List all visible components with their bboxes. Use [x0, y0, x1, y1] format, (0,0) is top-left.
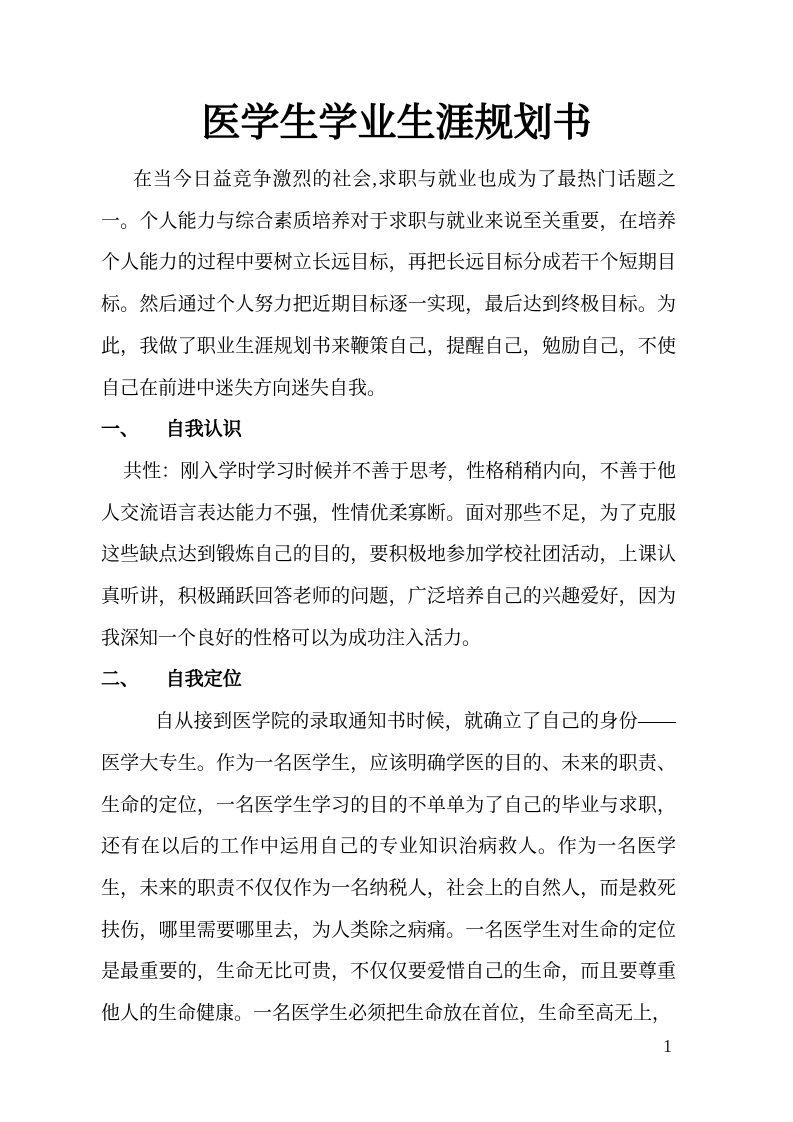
paragraph-intro: 在当今日益竞争激烈的社会,求职与就业也成为了最热门话题之一。个人能力与综合素质培…: [101, 159, 676, 409]
heading-label: 自我定位: [166, 669, 242, 690]
paragraph-self-awareness: 共性：刚入学时学习时候并不善于思考，性格稍稍内向，不善于他人交流语言表达能力不强…: [101, 451, 676, 660]
section-heading-self-awareness: 一、 自我认识: [101, 409, 676, 451]
section-heading-self-positioning: 二、 自我定位: [101, 659, 676, 701]
heading-label: 自我认识: [166, 419, 242, 440]
paragraph-self-positioning: 自从接到医学院的录取通知书时候，就确立了自己的身份——医学大专生。作为一名医学生…: [101, 701, 676, 1035]
heading-number: 二、: [101, 669, 139, 690]
document-body: 在当今日益竞争激烈的社会,求职与就业也成为了最热门话题之一。个人能力与综合素质培…: [101, 159, 676, 1035]
page-number: 1: [663, 1037, 672, 1055]
document-page: 医学生学业生涯规划书 在当今日益竞争激烈的社会,求职与就业也成为了最热门话题之一…: [0, 0, 793, 1122]
heading-number: 一、: [101, 419, 139, 440]
document-title: 医学生学业生涯规划书: [0, 0, 793, 150]
